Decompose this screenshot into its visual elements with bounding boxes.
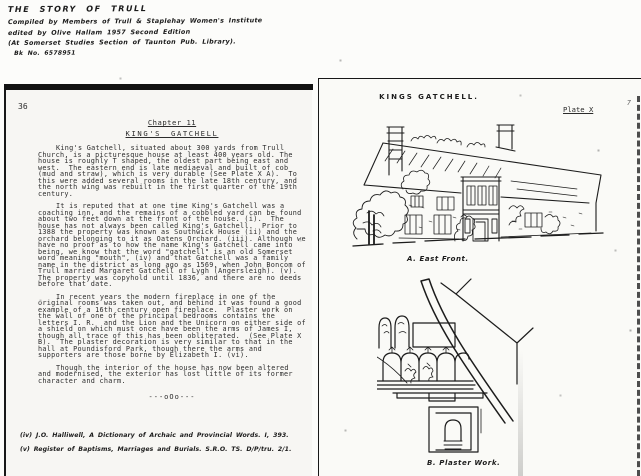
book-compiler: Compiled by Members of Trull & Staplehay…	[8, 16, 308, 26]
chapter-heading: Chapter 11	[38, 120, 306, 127]
figure-b-caption: B. Plaster Work.	[427, 459, 500, 467]
right-page: KINGS GATCHELL. Plate X 7	[318, 78, 641, 476]
footnote-iv: (iv) J.O. Halliwell, A Dictionary of Arc…	[20, 432, 312, 439]
scanned-book-page: THE STORY OF TRULL Compiled by Members o…	[0, 0, 641, 476]
footnote-v: (v) Register of Baptisms, Marriages and …	[20, 446, 312, 453]
plate-label: Plate X	[563, 105, 593, 114]
figure-a-caption: A. East Front.	[407, 255, 469, 263]
paragraph-2: It is reputed that at one time King's Ga…	[38, 203, 306, 288]
book-location: (At Somerset Studies Section of Taunton …	[8, 37, 308, 47]
east-front-drawing	[349, 117, 607, 253]
paragraph-1: King's Gatchell, situated about 300 yard…	[38, 145, 306, 197]
page-number: 36	[18, 102, 28, 111]
scan-speckles	[0, 0, 1, 1]
section-divider: ---oOo---	[38, 394, 306, 401]
corner-mark: 7	[627, 99, 631, 107]
plate-header: KINGS GATCHELL.	[349, 93, 509, 101]
scan-edge-dashes	[637, 96, 640, 476]
plaster-work-drawing	[377, 271, 609, 455]
left-page: 36 Chapter 11 KING'S GATCHELL King's Gat…	[4, 84, 312, 476]
book-title: THE STORY OF TRULL	[8, 3, 308, 14]
page-body: Chapter 11 KING'S GATCHELL King's Gatche…	[38, 120, 306, 401]
chapter-title: KING'S GATCHELL	[38, 131, 306, 138]
paragraph-3: In recent years the modern fireplace in …	[38, 294, 306, 359]
book-editor: edited by Olive Hallam 1957 Second Editi…	[8, 27, 308, 37]
book-number: Bk No. 6578951	[14, 48, 308, 57]
paragraph-4: Though the interior of the house has now…	[38, 365, 306, 385]
fold-shadow	[518, 350, 523, 476]
handwritten-annotations: THE STORY OF TRULL Compiled by Members o…	[8, 3, 308, 59]
